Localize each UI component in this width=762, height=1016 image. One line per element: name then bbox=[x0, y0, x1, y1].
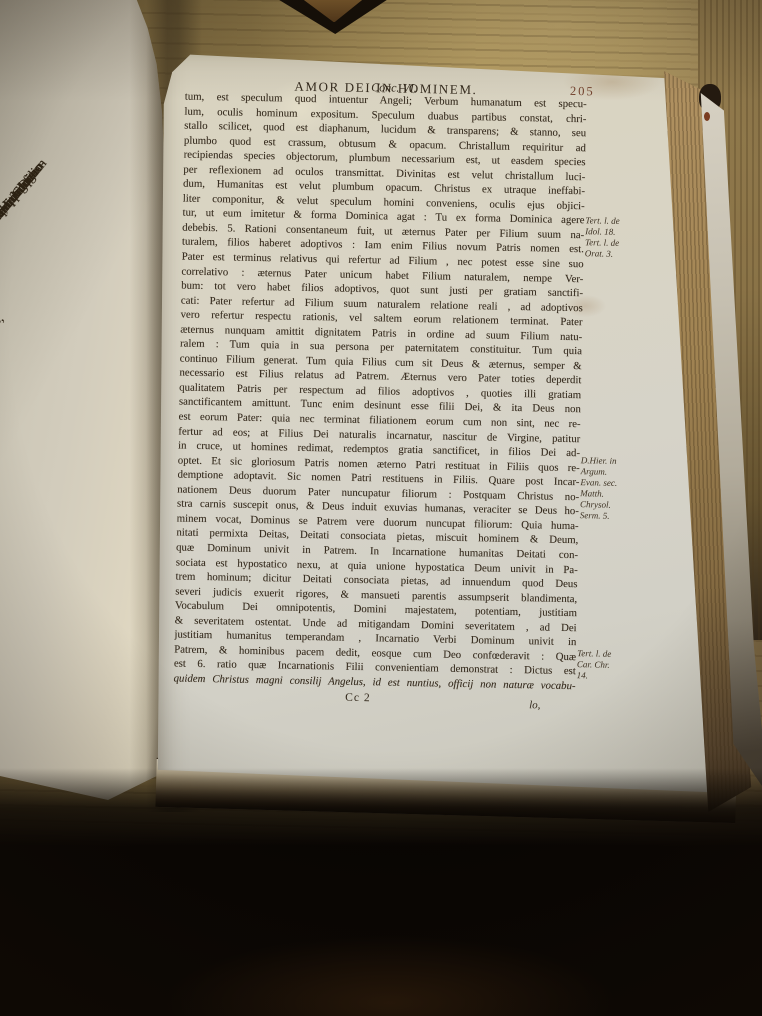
clasp-remnant bbox=[704, 112, 710, 121]
signature-mark: Cc 2 bbox=[345, 692, 371, 704]
margin-note-line: Orat. 3. bbox=[585, 248, 647, 260]
catchword: lo, bbox=[529, 699, 541, 711]
margin-note-tertullian-idol: Tert. l. deIdol. 18.Tert. l. deOrat. 3. bbox=[585, 215, 648, 260]
dark-object-top bbox=[277, 0, 389, 34]
right-page: AMOR DEI IN HOMINEM. Conc. VI. 205 tum, … bbox=[150, 44, 750, 804]
body-text: tum, est speculum quod intuentur Angeli;… bbox=[173, 90, 586, 694]
margin-note-tertullian-carne: Tert. l. deCar. Chr.14. bbox=[577, 648, 640, 682]
margin-note-hieronymus-chrysologus: D.Hier. inArgum.Evan. sec.Matth.Chrysol.… bbox=[580, 455, 643, 522]
margin-note-line: 14. bbox=[577, 670, 639, 682]
right-page-content: AMOR DEI IN HOMINEM. Conc. VI. 205 tum, … bbox=[136, 43, 750, 814]
table-shadow bbox=[0, 768, 762, 1016]
margin-note-line: Serm. 5. bbox=[580, 510, 642, 522]
running-header: AMOR DEI IN HOMINEM. Conc. VI. bbox=[185, 77, 587, 85]
book-photograph: um. VI.eju, & gloria VerbiDeus cum homin… bbox=[0, 0, 762, 1016]
